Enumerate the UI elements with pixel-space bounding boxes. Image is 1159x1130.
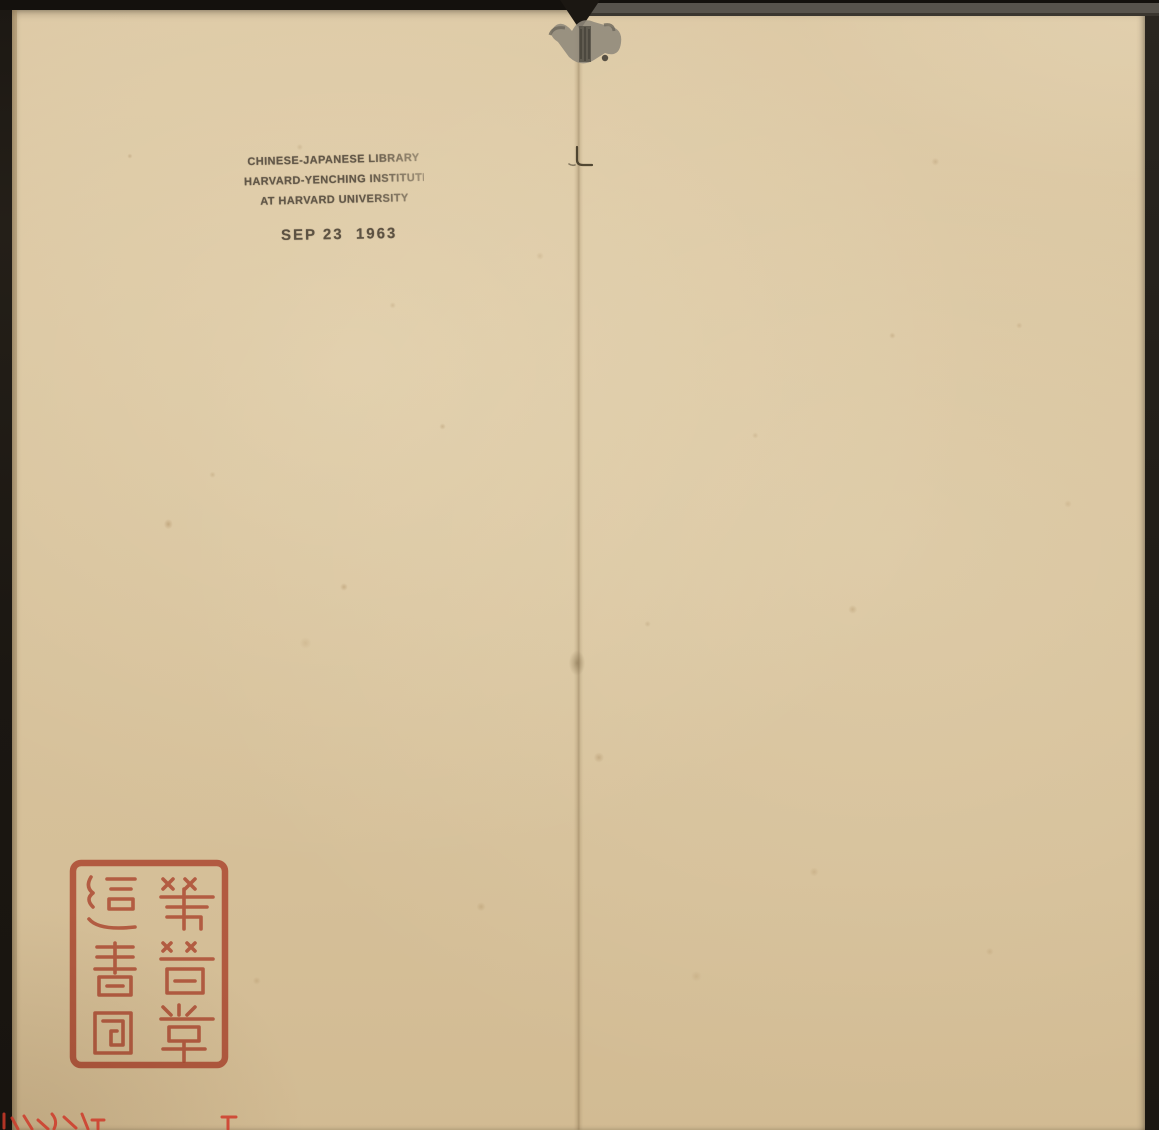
- binding-edge-right: [1145, 0, 1159, 1130]
- binding-edge-left: [0, 0, 12, 1130]
- collector-seal: [67, 857, 231, 1071]
- ink-l-mark: [563, 144, 597, 174]
- gutter-smudge: [566, 646, 588, 680]
- book-scan: CHINESE-JAPANESE LIBRARY HARVARD-YENCHIN…: [0, 0, 1159, 1130]
- cutoff-red-characters: [0, 1108, 260, 1130]
- binding-edge-top-right: [585, 0, 1159, 16]
- date-stamp: SEP 23 1963: [281, 225, 398, 244]
- library-stamp: CHINESE-JAPANESE LIBRARY HARVARD-YENCHIN…: [243, 148, 424, 212]
- dark-corner-top-left: [0, 0, 46, 44]
- tape-residue-mark: [542, 13, 626, 73]
- page-edge-highlight: [12, 0, 17, 1130]
